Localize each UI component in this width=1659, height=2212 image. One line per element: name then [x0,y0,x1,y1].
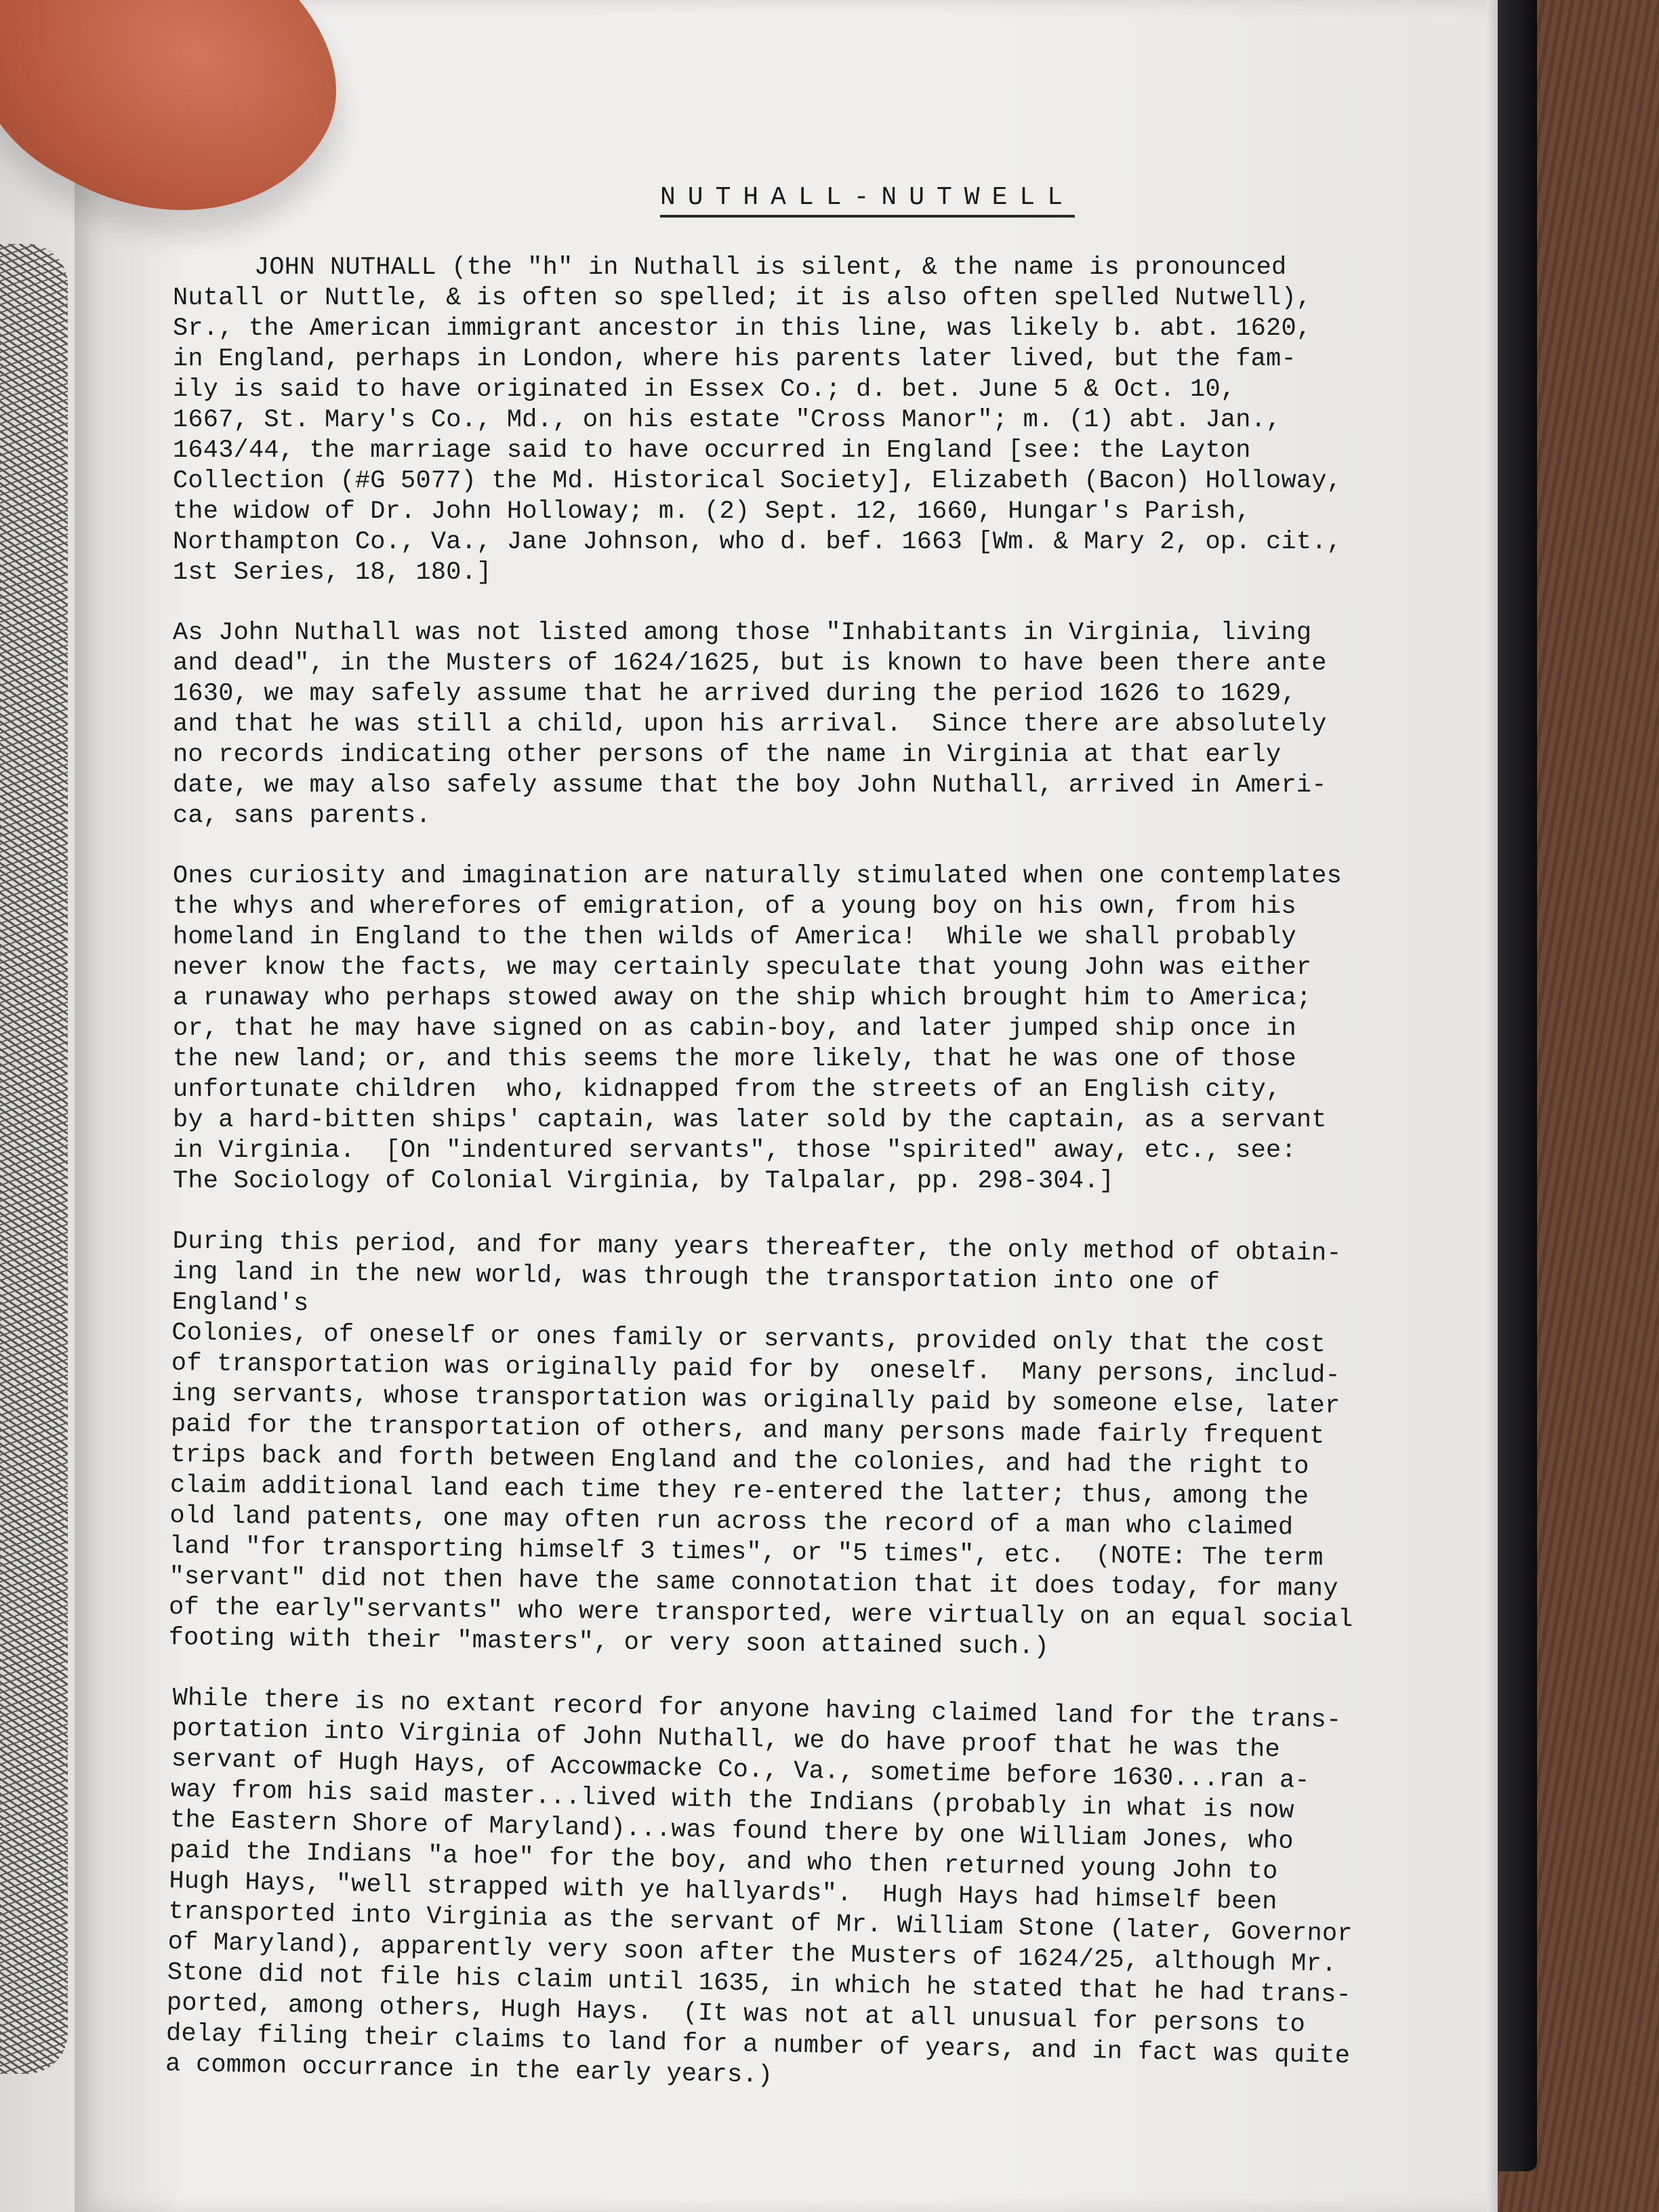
paragraphs: JOHN NUTHALL (the "h" in Nuthall is sile… [173,253,1359,2080]
text-line: in England, perhaps in London, where his… [173,344,1359,375]
text-line: homeland in England to the then wilds of… [173,922,1359,953]
text-line: Collection (#G 5077) the Md. Historical … [173,466,1359,497]
text-line: Nutall or Nuttle, & is often so spelled;… [173,283,1359,314]
page-title-text: NUTHALL-NUTWELL [660,183,1075,218]
text-line: 1643/44, the marriage said to have occur… [173,436,1359,466]
text-line: date, we may also safely assume that the… [173,771,1359,801]
text-line: The Sociology of Colonial Virginia, by T… [173,1166,1359,1197]
text-line: and dead", in the Musters of 1624/1625, … [173,649,1359,679]
text-line: 1st Series, 18, 180.] [173,558,1359,588]
text-line: Sr., the American immigrant ancestor in … [173,314,1359,344]
text-line: or, that he may have signed on as cabin-… [173,1014,1359,1044]
text-line: JOHN NUTHALL (the "h" in Nuthall is sile… [173,253,1359,283]
left-page-illustration [0,244,68,2074]
text-line: ca, sans parents. [173,801,1359,832]
text-line: no records indicating other persons of t… [173,740,1359,771]
text-line: in Virginia. [On "indentured servants", … [173,1136,1359,1166]
page-edge [1487,0,1498,2212]
text-line: 1667, St. Mary's Co., Md., on his estate… [173,405,1359,436]
paragraph-5: While there is no extant record for anyo… [165,1683,1359,2102]
text-line: by a hard-bitten ships' captain, was lat… [173,1105,1359,1136]
text-line: ily is said to have originated in Essex … [173,375,1359,405]
text-line: the new land; or, and this seems the mor… [173,1044,1359,1075]
text-line: Northampton Co., Va., Jane Johnson, who … [173,527,1359,558]
paragraph-2: As John Nuthall was not listed among tho… [173,618,1359,832]
text-line: Ones curiosity and imagination are natur… [173,861,1359,892]
paragraph-1: JOHN NUTHALL (the "h" in Nuthall is sile… [173,253,1359,588]
text-line: a runaway who perhaps stowed away on the… [173,983,1359,1014]
text-line: the whys and wherefores of emigration, o… [173,892,1359,922]
book-cover-edge [1496,0,1537,2171]
text-line: 1630, we may safely assume that he arriv… [173,679,1359,710]
paragraph-3: Ones curiosity and imagination are natur… [173,861,1359,1197]
text-line: the widow of Dr. John Holloway; m. (2) S… [173,497,1359,527]
text-line: never know the facts, we may certainly s… [173,953,1359,983]
text-line: and that he was still a child, upon his … [173,710,1359,740]
paragraph-4: During this period, and for many years t… [168,1227,1359,1666]
page-content: NUTHALL-NUTWELL JOHN NUTHALL (the "h" in… [173,183,1359,2110]
text-line: As John Nuthall was not listed among tho… [173,618,1359,649]
text-line: unfortunate children who, kidnapped from… [173,1075,1359,1105]
page-title: NUTHALL-NUTWELL [173,183,1359,212]
